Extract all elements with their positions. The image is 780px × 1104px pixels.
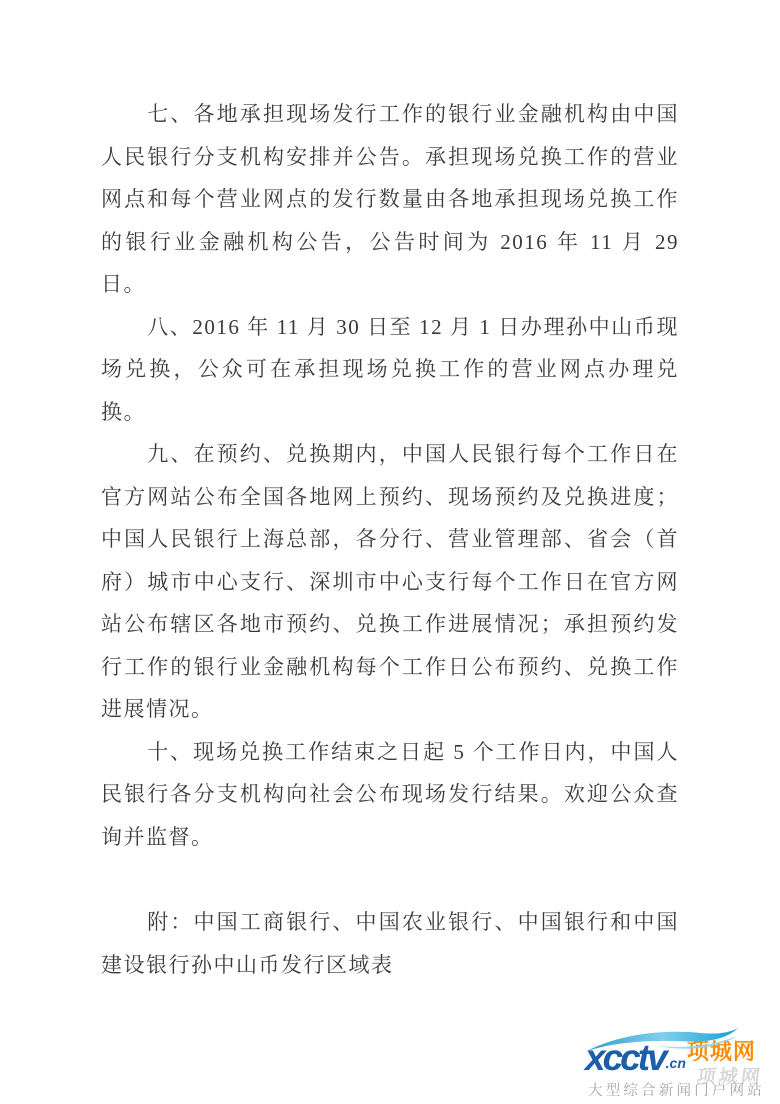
paragraph-9: 九、在预约、兑换期内，中国人民银行每个工作日在官方网站公布全国各地网上预约、现场…	[101, 433, 679, 731]
brand-tld: .cn	[666, 1055, 686, 1071]
paragraph-8: 八、2016 年 11 月 30 日至 12 月 1 日办理孙中山币现场兑换，公…	[101, 306, 679, 434]
attachment-note: 附：中国工商银行、中国农业银行、中国银行和中国建设银行孙中山币发行区域表	[101, 901, 679, 986]
document-page: 七、各地承担现场发行工作的银行业金融机构由中国人民银行分支机构安排并公告。承担现…	[0, 0, 780, 1104]
document-body: 七、各地承担现场发行工作的银行业金融机构由中国人民银行分支机构安排并公告。承担现…	[101, 93, 679, 986]
site-tagline: 大型综合新闻门户网站	[588, 1079, 765, 1100]
paragraph-10: 十、现场兑换工作结束之日起 5 个工作日内，中国人民银行各分支机构向社会公布现场…	[101, 731, 679, 859]
swoosh-icon	[587, 1027, 739, 1053]
paragraph-7: 七、各地承担现场发行工作的银行业金融机构由中国人民银行分支机构安排并公告。承担现…	[101, 93, 679, 306]
site-watermark-logo: 项城网 xcctv.cn项城网 大型综合新闻门户网站	[585, 1029, 777, 1097]
